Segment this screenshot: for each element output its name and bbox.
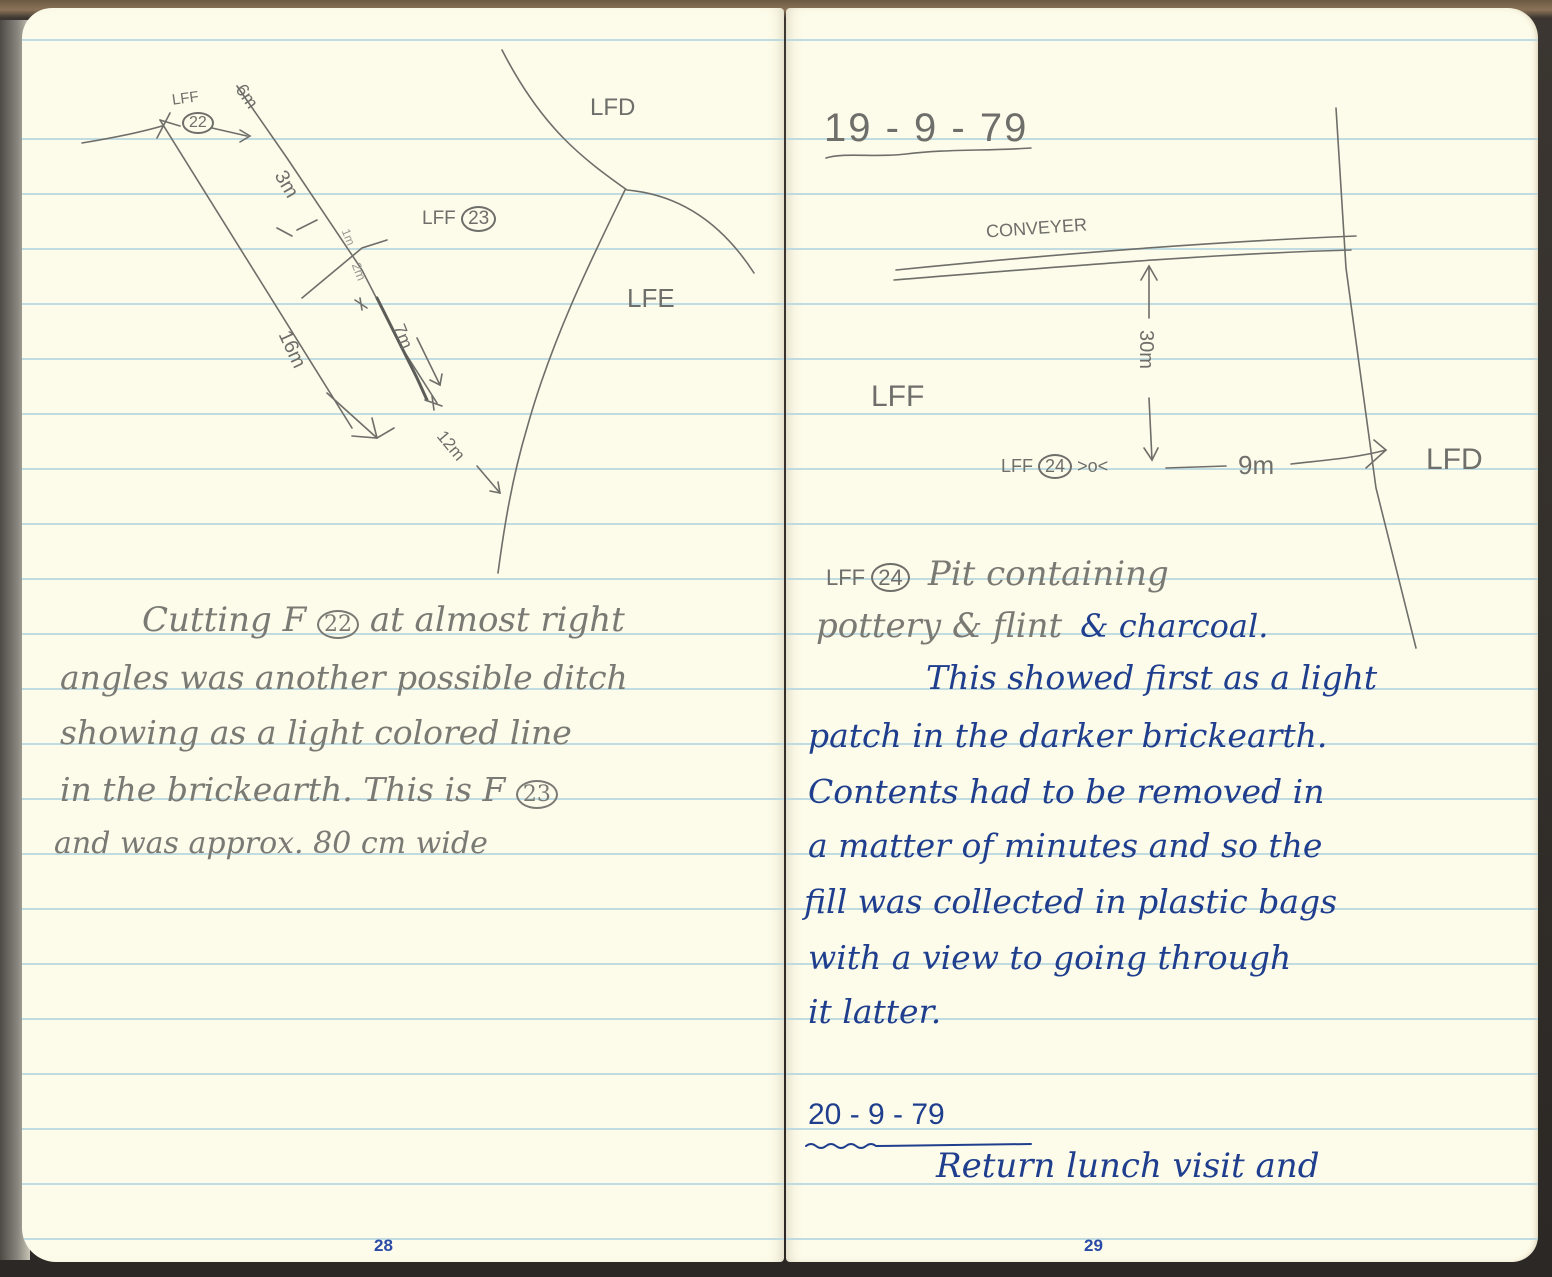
ink-line-4: a matter of minutes and so the: [808, 826, 1322, 865]
ink-line-2: patch in the darker brickearth.: [808, 716, 1327, 755]
lff-area-label: LFF: [871, 380, 924, 414]
ink-line-1: This showed first as a light: [926, 658, 1377, 697]
distance-30m: 30m: [1134, 330, 1157, 369]
entry-date-1: 19 - 9 - 79: [824, 106, 1028, 151]
entry-heading: LFF 24 Pit containing: [826, 554, 1169, 594]
entry-date-2: 20 - 9 - 79: [808, 1098, 945, 1132]
left-page: LFF 22 6m 3m 1m 2m 7m 16m 12m LFF 23 LFD…: [22, 8, 784, 1262]
distance-9m: 9m: [1238, 450, 1274, 481]
lff23-label: LFF 23: [422, 206, 496, 232]
ink-line-5: fill was collected in plastic bags: [804, 882, 1337, 921]
page-number-left: 28: [374, 1236, 393, 1256]
note-line-2: angles was another possible ditch: [60, 658, 628, 697]
note-line-5: and was approx. 80 cm wide: [54, 826, 488, 861]
lfd-label: LFD: [590, 94, 635, 122]
note-line-3: showing as a light colored line: [60, 713, 572, 752]
ink-line-7: it latter.: [808, 992, 941, 1031]
right-page: 19 - 9 - 79 CONVEYER 30m LFF LFF 24 >o< …: [786, 8, 1538, 1262]
lff22-number: 22: [182, 112, 214, 134]
page-number-right: 29: [1084, 1236, 1103, 1256]
lff24-point-label: LFF 24 >o<: [1001, 454, 1108, 479]
ink-line-6: with a view to going through: [808, 938, 1291, 977]
lfd-area-label: LFD: [1426, 443, 1483, 477]
lfe-label: LFE: [627, 283, 675, 314]
note-line-4: in the brickearth. This is F 23: [60, 770, 558, 809]
note-line-1: Cutting F 22 at almost right: [142, 600, 625, 640]
ink-line-3: Contents had to be removed in: [808, 772, 1324, 811]
entry-line-2: pottery & flint & charcoal.: [816, 606, 1268, 646]
entry-date-2-line: Return lunch visit and: [936, 1146, 1319, 1186]
